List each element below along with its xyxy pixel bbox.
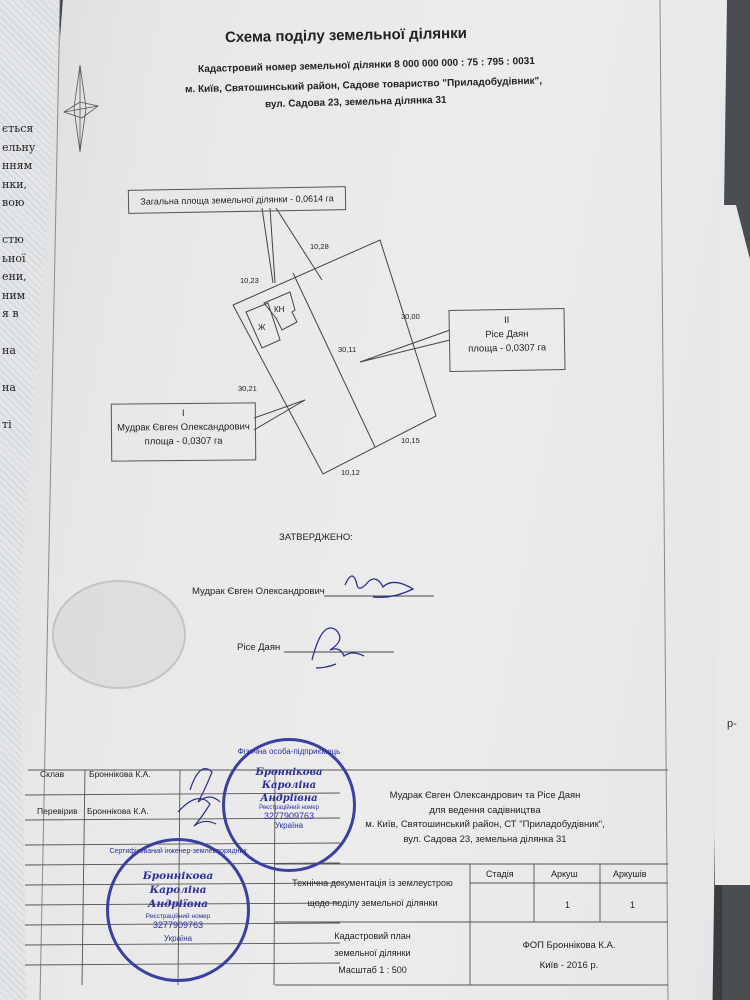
stamp-name: Кароліна xyxy=(109,883,247,897)
engineer-stamp: Сертифікований інженер-землевпорядник Бр… xyxy=(106,838,250,982)
organization-year: Київ - 2016 р. xyxy=(470,956,668,976)
parcel-1-callout: I Мудрак Євген Олександрович площа - 0,0… xyxy=(111,402,257,461)
role-label: Перевірив xyxy=(37,806,78,816)
signature-rise xyxy=(312,628,364,668)
organization-name: ФОП Броннікова К.А. xyxy=(470,936,668,956)
north-arrow-icon xyxy=(64,65,98,152)
parcel-2-area: площа - 0,0307 га xyxy=(450,341,564,357)
parcel-2-callout: II Рісе Даян площа - 0,0307 га xyxy=(448,308,565,372)
dimension-label: 10,12 xyxy=(341,468,360,477)
stamp-name: Броннікова xyxy=(109,869,247,883)
plan-scale: Масштаб 1 : 500 xyxy=(275,962,470,979)
header-sheet: Аркуш xyxy=(551,869,578,879)
role-name: Броннікова К.А. xyxy=(87,806,149,816)
role-label: Склав xyxy=(40,769,64,779)
header-sheets-total: Аркушів xyxy=(613,869,647,879)
dimension-label: 10,28 xyxy=(310,242,329,251)
stamp-reg-number: 3277909763 xyxy=(225,811,353,821)
organization-block: ФОП Броннікова К.А. Київ - 2016 р. xyxy=(470,936,668,976)
signatory-1: Мудрак Євген Олександрович xyxy=(192,586,325,597)
signatory-2: Рісе Даян xyxy=(237,642,280,653)
stamp-name: Андріївна xyxy=(225,792,353,805)
plan-line: земельної ділянки xyxy=(275,945,470,962)
dimension-label: 30,00 xyxy=(401,312,420,321)
total-area-label: Загальна площа земельної ділянки - 0,061… xyxy=(129,187,345,213)
stamp-reg-label: Реєстраційний номер xyxy=(109,913,247,920)
dimension-label: 30,11 xyxy=(338,345,356,354)
stamp-country: Україна xyxy=(225,821,353,830)
stamp-reg-number: 3277909763 xyxy=(109,920,247,930)
dimension-label: 30,21 xyxy=(238,384,257,393)
role-name: Броннікова К.А. xyxy=(89,769,151,779)
document-name-line: Технічна документація із землеустрою xyxy=(275,873,470,893)
building-label-residential: Ж xyxy=(258,323,265,332)
faded-stamp xyxy=(52,580,186,689)
purpose-line: Мудрак Євген Олександрович та Рісе Даян xyxy=(335,789,635,804)
dimension-label: 10,23 xyxy=(240,276,259,285)
dimension-label: 10,15 xyxy=(401,436,420,445)
value-sheets-total: 1 xyxy=(630,900,635,910)
approval-heading: ЗАТВЕРДЖЕНО: xyxy=(279,532,353,543)
document-name: Технічна документація із землеустрою щод… xyxy=(275,873,470,913)
purpose-line: м. Київ, Святошинський район, СТ "Прилад… xyxy=(335,818,635,833)
purpose-line: вул. Садова 23, земельна ділянка 31 xyxy=(335,833,635,848)
stamp-name: Броннікова xyxy=(225,766,353,779)
stamp-country: Україна xyxy=(109,934,247,943)
stamp-name: Андріївна xyxy=(109,897,247,911)
stamp-ring-text: Фізична особа-підприємець xyxy=(225,747,353,756)
purpose-line: для ведення садівництва xyxy=(335,804,635,819)
parcel-1-area: площа - 0,0307 га xyxy=(112,434,255,449)
parcel-1-owner: Мудрак Євген Олександрович xyxy=(112,420,255,435)
header-stage: Стадія xyxy=(486,869,514,879)
value-sheet: 1 xyxy=(565,900,570,910)
plan-block: Кадастровий план земельної ділянки Масшт… xyxy=(275,928,470,979)
total-area-callout: Загальна площа земельної ділянки - 0,061… xyxy=(128,186,346,214)
stamp-name: Кароліна xyxy=(225,779,353,792)
building-label-kn: КН xyxy=(274,305,284,314)
plan-line: Кадастровий план xyxy=(275,928,470,945)
document-name-line: щодо поділу земельної ділянки xyxy=(275,893,470,913)
purpose-block: Мудрак Євген Олександрович та Рісе Даян … xyxy=(335,789,635,847)
stamp-ring-text: Сертифікований інженер-землевпорядник xyxy=(109,848,247,855)
parcel-1-number: I xyxy=(112,406,255,421)
signature-mudrak xyxy=(345,576,413,597)
